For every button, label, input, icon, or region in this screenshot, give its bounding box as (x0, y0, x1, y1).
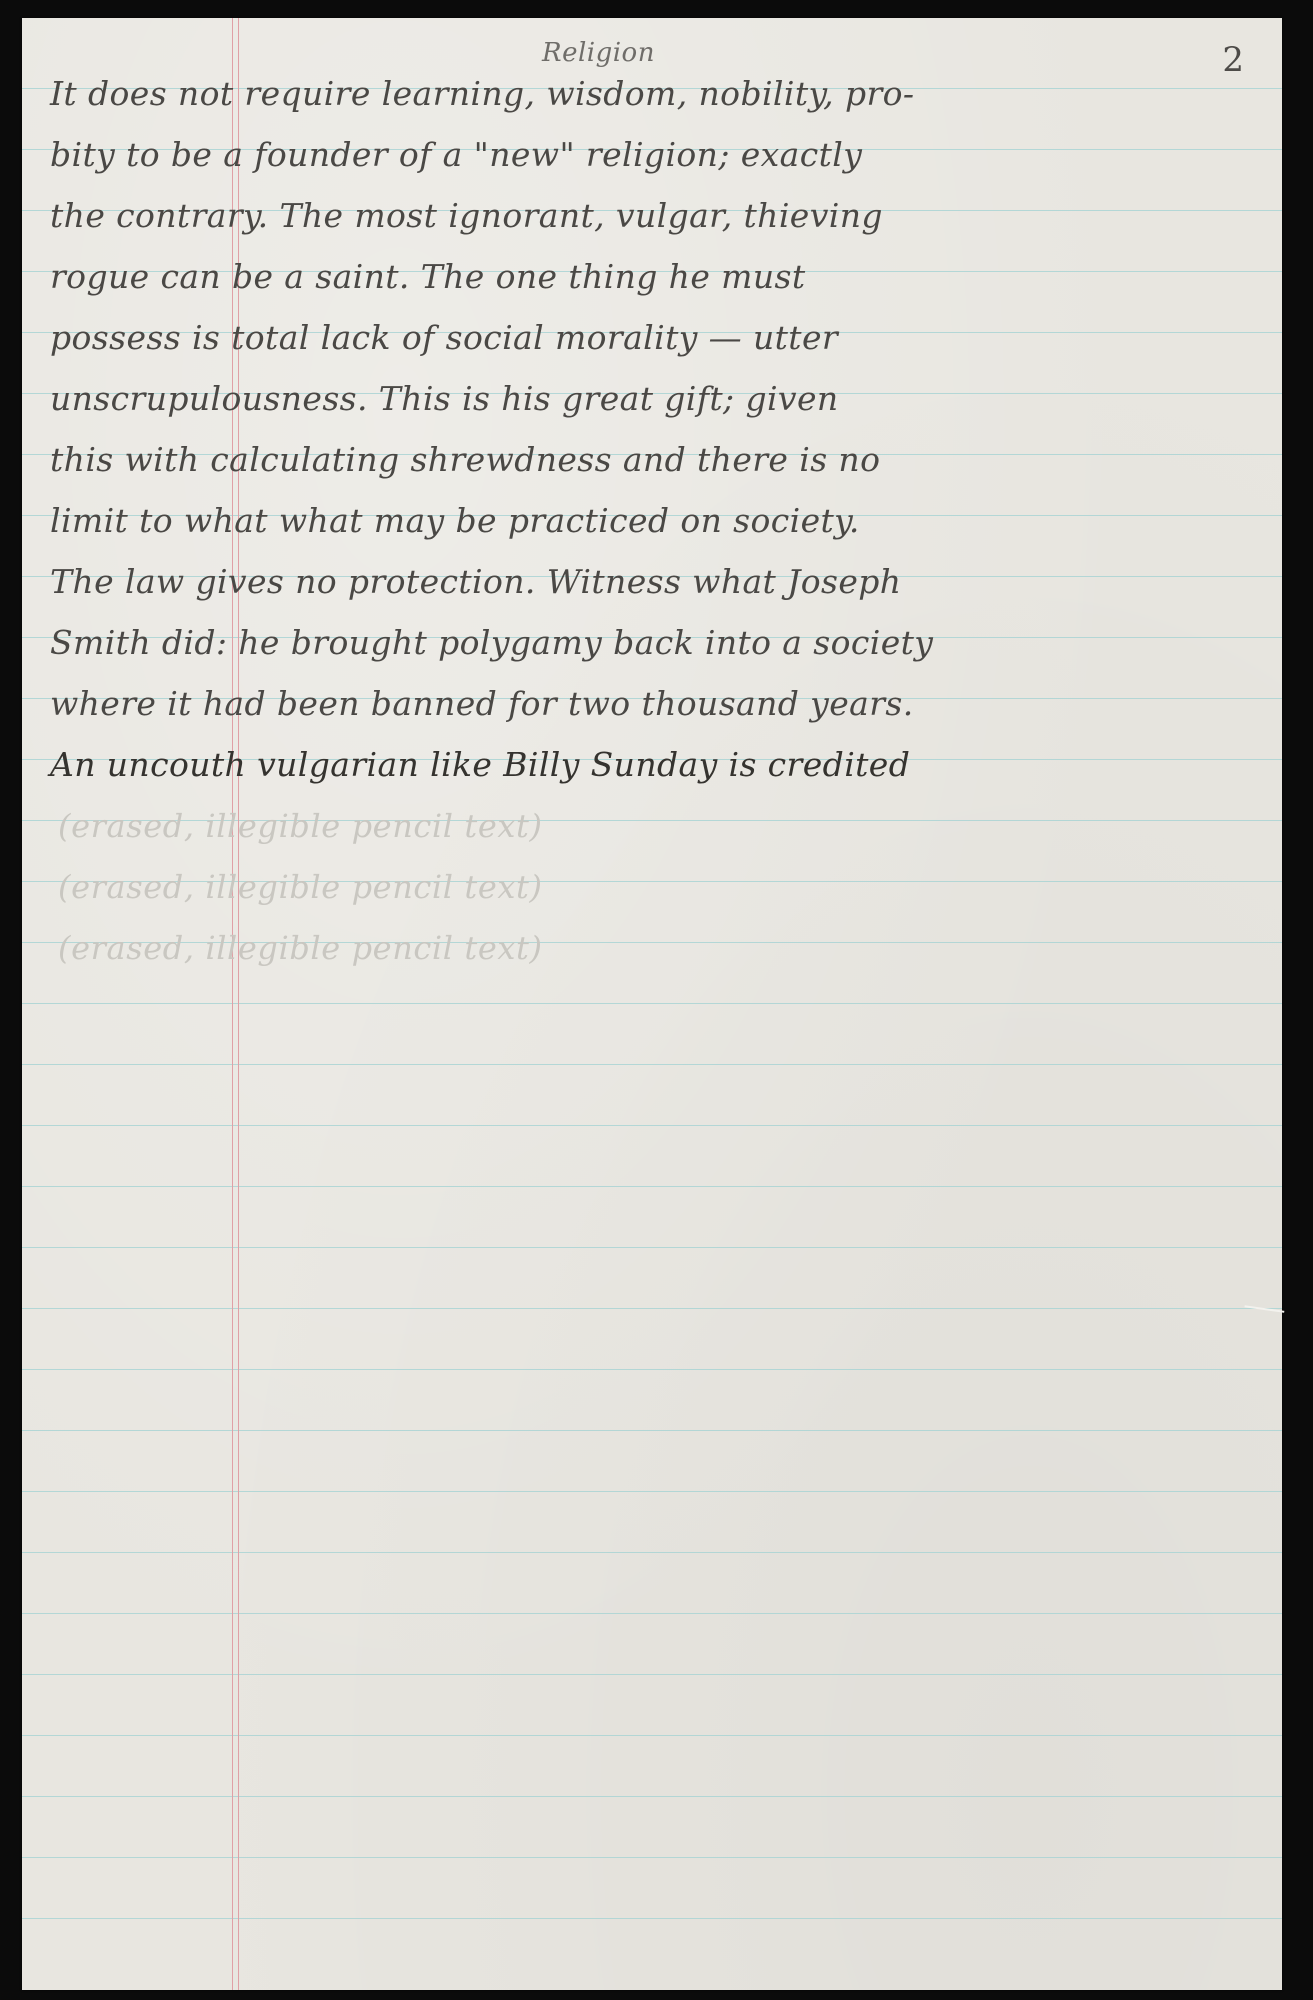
text-line: bity to be a founder of a "new" religion… (50, 135, 1265, 175)
ruled-line (22, 1247, 1282, 1248)
manuscript-page: Religion 2 It does not require learning,… (22, 18, 1282, 1990)
ruled-line (22, 1918, 1282, 1919)
ruled-line (22, 1491, 1282, 1492)
margin-line (232, 18, 233, 1990)
erased-text-line: (erased, illegible pencil text) (58, 806, 1273, 846)
text-line: unscrupulousness. This is his great gift… (50, 379, 1265, 419)
ruled-line (22, 1369, 1282, 1370)
ruled-line (22, 1735, 1282, 1736)
text-line: An uncouth vulgarian like Billy Sunday i… (50, 745, 1265, 785)
ruled-line (22, 1003, 1282, 1004)
ruled-line (22, 1186, 1282, 1187)
margin-line (238, 18, 239, 1990)
ruled-line (22, 1613, 1282, 1614)
text-line: limit to what what may be practiced on s… (50, 501, 1265, 541)
erased-text-line: (erased, illegible pencil text) (58, 928, 1273, 968)
page-title: Religion (542, 38, 655, 68)
ruled-line (22, 1064, 1282, 1065)
text-line: where it had been banned for two thousan… (50, 684, 1265, 724)
text-line: It does not require learning, wisdom, no… (50, 74, 1265, 114)
text-line: rogue can be a saint. The one thing he m… (50, 257, 1265, 297)
erased-text-line: (erased, illegible pencil text) (58, 867, 1273, 907)
text-line: The law gives no protection. Witness wha… (50, 562, 1265, 602)
ruled-line (22, 1552, 1282, 1553)
text-line: Smith did: he brought polygamy back into… (50, 623, 1265, 663)
ruled-line (22, 1125, 1282, 1126)
text-line: this with calculating shrewdness and the… (50, 440, 1265, 480)
ruled-line (22, 1857, 1282, 1858)
text-line: possess is total lack of social morality… (50, 318, 1265, 358)
ruled-line (22, 1430, 1282, 1431)
ruled-line (22, 1308, 1282, 1309)
ruled-line (22, 1796, 1282, 1797)
text-line: the contrary. The most ignorant, vulgar,… (50, 196, 1265, 236)
ruled-line (22, 1674, 1282, 1675)
